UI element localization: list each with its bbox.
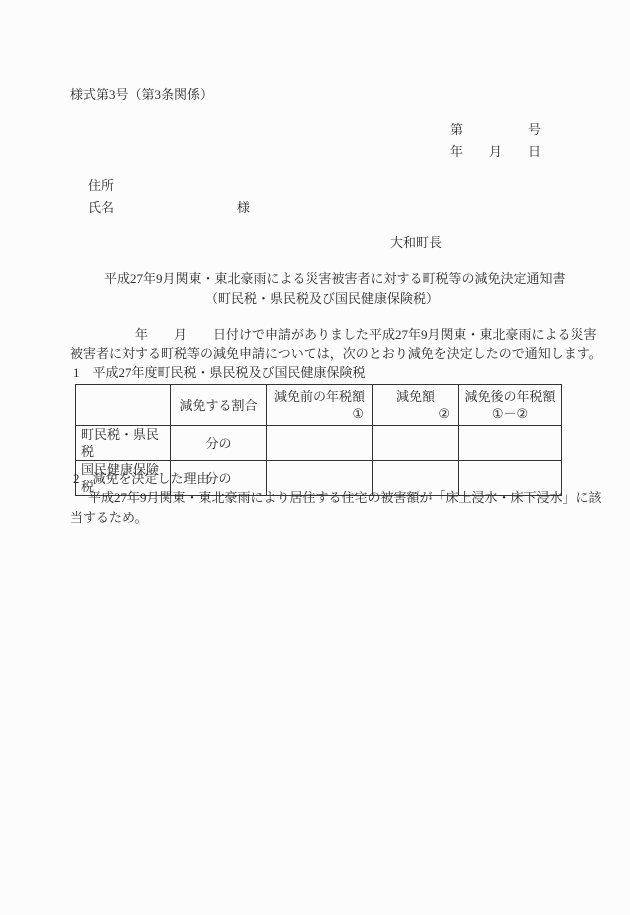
form-number: 様式第3号（第3条関係） bbox=[70, 87, 213, 103]
header-circled-2: ② bbox=[373, 405, 458, 422]
address-label: 住所 bbox=[88, 178, 114, 194]
row-label: 町民税・県民税 bbox=[76, 426, 171, 461]
date-day-label: 日 bbox=[528, 144, 541, 160]
name-row: 氏名 様 bbox=[88, 200, 250, 216]
after-amount-cell bbox=[459, 426, 562, 461]
header-cell-reduction-amount: 減免額 ② bbox=[373, 385, 459, 426]
doc-number-prefix: 第 bbox=[450, 122, 463, 138]
date-year-label: 年 bbox=[450, 144, 463, 160]
sender-mayor-title: 大和町長 bbox=[390, 235, 442, 251]
section-2-line-2: 当するため。 bbox=[70, 510, 147, 526]
document-number-line: 第 号 bbox=[450, 122, 541, 138]
ratio-cell: 分の bbox=[171, 426, 267, 461]
section-2-line-1: 平成27年9月関東・東北豪雨により居住する住宅の被害額が「床上浸水・床下浸水」に… bbox=[75, 490, 602, 506]
header-label: 減免前の年税額 bbox=[267, 388, 372, 405]
table-header-row: 減免する割合 減免前の年税額 ① 減免額 ② 減免後の年税額 ①－② bbox=[76, 385, 562, 426]
header-formula: ①－② bbox=[459, 405, 561, 422]
section-1-heading: 1 平成27年度町民税・県民税及び国民健康保険税 bbox=[73, 365, 366, 381]
header-label: 減免する割合 bbox=[171, 397, 266, 414]
notification-document-page: 様式第3号（第3条関係） 第 号 年 月 日 住所 氏名 様 大和町長 平成27… bbox=[0, 0, 630, 915]
document-subtitle: （町民税・県民税及び国民健康保険税） bbox=[205, 291, 439, 307]
header-label: 減免後の年税額 bbox=[459, 388, 561, 405]
date-line: 年 月 日 bbox=[450, 144, 541, 160]
header-cell-reduction-ratio: 減免する割合 bbox=[171, 385, 267, 426]
table-row-resident-tax: 町民税・県民税 分の bbox=[76, 426, 562, 461]
body-paragraph-line-1: 年 月 日付けで申請がありました平成27年9月関東・東北豪雨による災害 bbox=[70, 327, 597, 343]
honorific-label: 様 bbox=[237, 200, 250, 216]
date-month-label: 月 bbox=[489, 144, 502, 160]
doc-number-suffix: 号 bbox=[528, 122, 541, 138]
header-cell-annual-tax-after: 減免後の年税額 ①－② bbox=[459, 385, 562, 426]
before-amount-cell bbox=[267, 426, 373, 461]
header-label: 減免額 bbox=[373, 388, 458, 405]
header-circled-1: ① bbox=[267, 405, 372, 422]
name-label: 氏名 bbox=[88, 200, 114, 216]
section-2-heading: 2 減免を決定した理由 bbox=[73, 471, 210, 487]
document-title: 平成27年9月関東・東北豪雨による災害被害者に対する町税等の減免決定通知書 bbox=[104, 271, 566, 287]
body-paragraph-line-2: 被害者に対する町税等の減免申請については，次のとおり減免を決定したので通知します… bbox=[70, 346, 602, 362]
reduction-amount-cell bbox=[373, 426, 459, 461]
header-cell-annual-tax-before: 減免前の年税額 ① bbox=[267, 385, 373, 426]
header-cell-blank bbox=[76, 385, 171, 426]
